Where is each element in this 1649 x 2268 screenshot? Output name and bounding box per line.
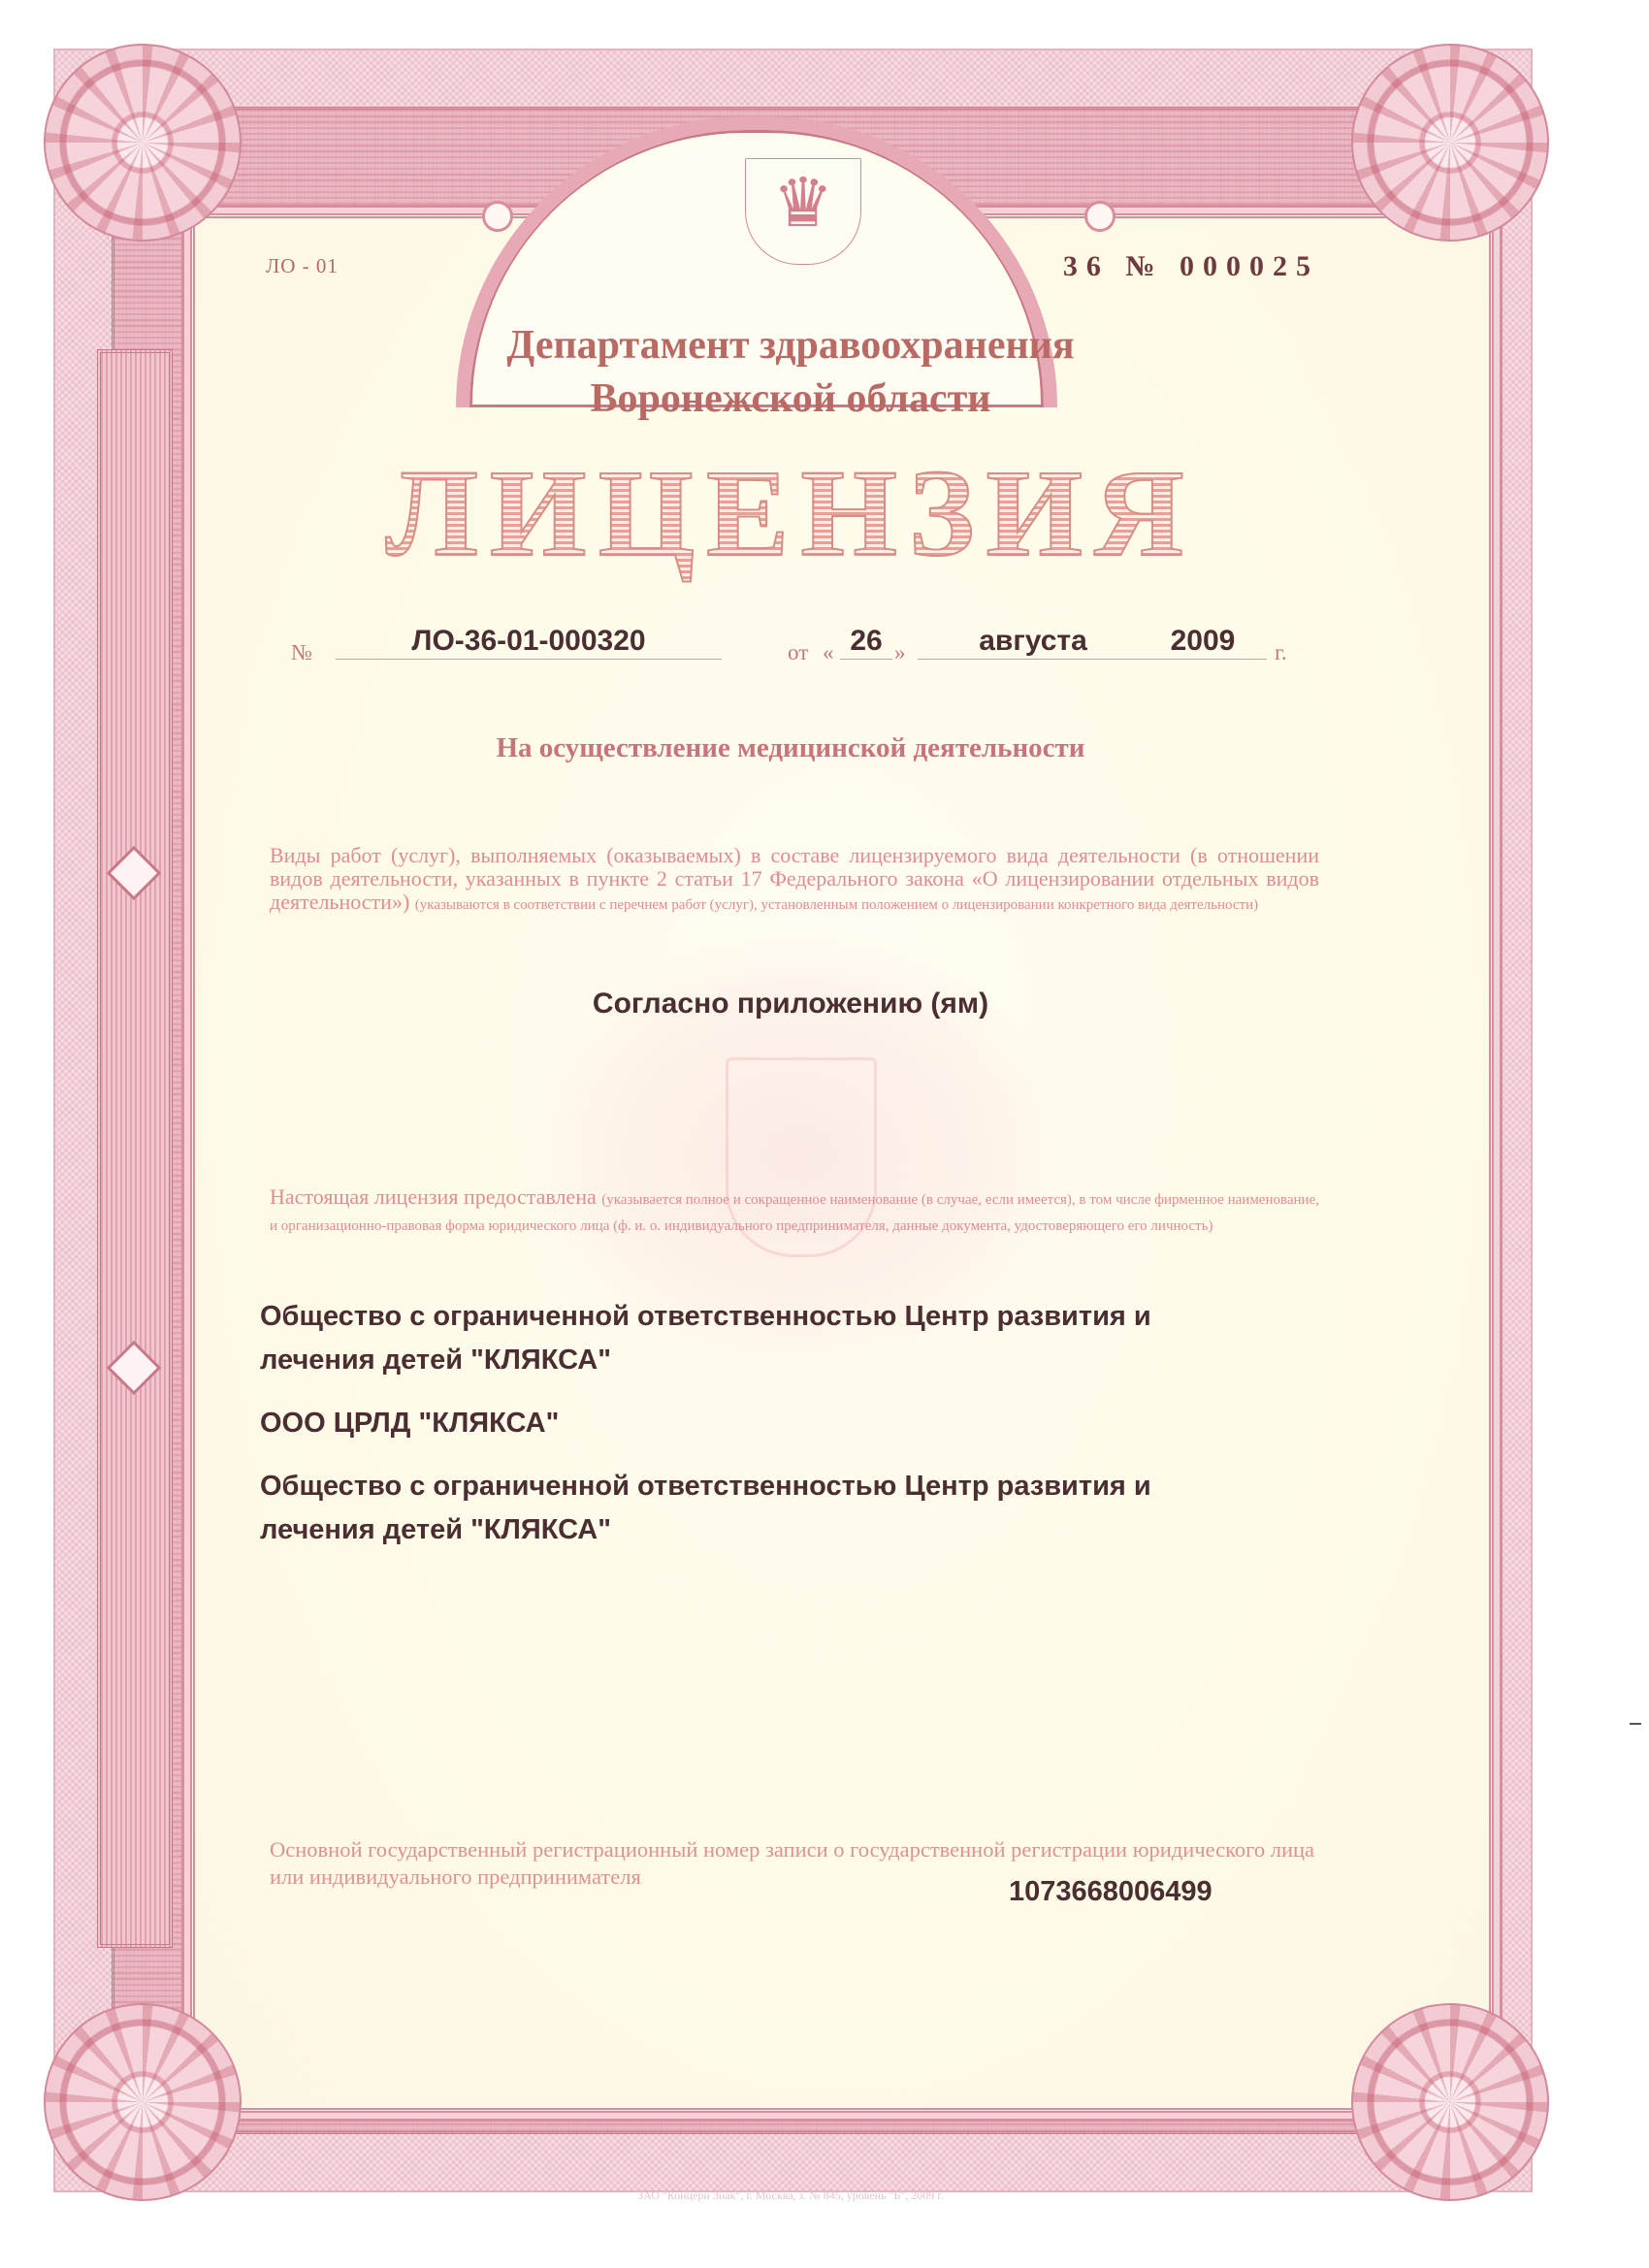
rosette-top-right-icon: [1351, 44, 1549, 242]
ogrn-number: 1073668006499: [1009, 1876, 1212, 1908]
blank-serial-number: 36 № 000025: [1063, 250, 1319, 283]
quote-open: «: [823, 640, 834, 665]
licensed-activity: На осуществление медицинской деятельност…: [0, 732, 1581, 764]
licensee-instruction-main: Настоящая лицензия предоставлена: [270, 1184, 597, 1209]
document-title: ЛИЦЕНЗИЯ: [0, 442, 1581, 585]
from-label: от: [788, 640, 808, 665]
license-number-row: № ЛО-36-01-000320 от « 26 » августа 2009…: [291, 621, 1300, 669]
double-headed-eagle-icon: ♛: [746, 169, 860, 237]
works-instruction-note: (указываются в соответствии с перечнем р…: [415, 897, 1258, 913]
license-year: 2009: [1164, 625, 1242, 658]
day-underline: [840, 659, 892, 660]
year-suffix: г.: [1275, 640, 1287, 665]
issuing-authority-line2: Воронежской области: [0, 373, 1581, 424]
serial-number-sign: №: [1125, 250, 1163, 282]
works-instruction: Виды работ (услуг), выполняемых (оказыва…: [270, 844, 1319, 917]
license-day: 26: [840, 625, 892, 658]
licensee-short-name: ООО ЦРЛД "КЛЯКСА": [260, 1402, 559, 1445]
licensee-full-name: Общество с ограниченной ответственностью…: [260, 1295, 1220, 1382]
license-month: августа: [970, 625, 1096, 658]
works-value: Согласно приложению (ям): [0, 988, 1581, 1021]
rosette-bottom-left-icon: [44, 2003, 242, 2201]
rosette-top-left-icon: [44, 44, 242, 242]
quote-close: »: [894, 640, 906, 665]
issuing-authority-line1: Департамент здравоохранения: [0, 320, 1581, 371]
scan-artifact: [1630, 1723, 1641, 1725]
licensee-instruction: Настоящая лицензия предоставлена (указыв…: [270, 1185, 1319, 1238]
number-underline: [336, 659, 722, 660]
month-year-underline: [918, 659, 1267, 660]
number-label: №: [291, 640, 312, 665]
form-code: ЛО - 01: [266, 254, 339, 278]
license-number: ЛО-36-01-000320: [336, 625, 722, 658]
coat-of-arms-icon: ♛: [745, 158, 861, 265]
printer-imprint: ЗАО "Концерн Знак", г. Москва, з. № 845,…: [0, 2188, 1581, 2203]
serial-region: 36: [1063, 250, 1110, 282]
serial-number: 000025: [1180, 250, 1319, 282]
licensee-brand-name: Общество с ограниченной ответственностью…: [260, 1465, 1220, 1552]
arch-knob-left-icon: [482, 201, 513, 232]
rosette-bottom-right-icon: [1351, 2003, 1549, 2201]
left-border-panel: [97, 349, 173, 1948]
arch-knob-right-icon: [1084, 201, 1115, 232]
